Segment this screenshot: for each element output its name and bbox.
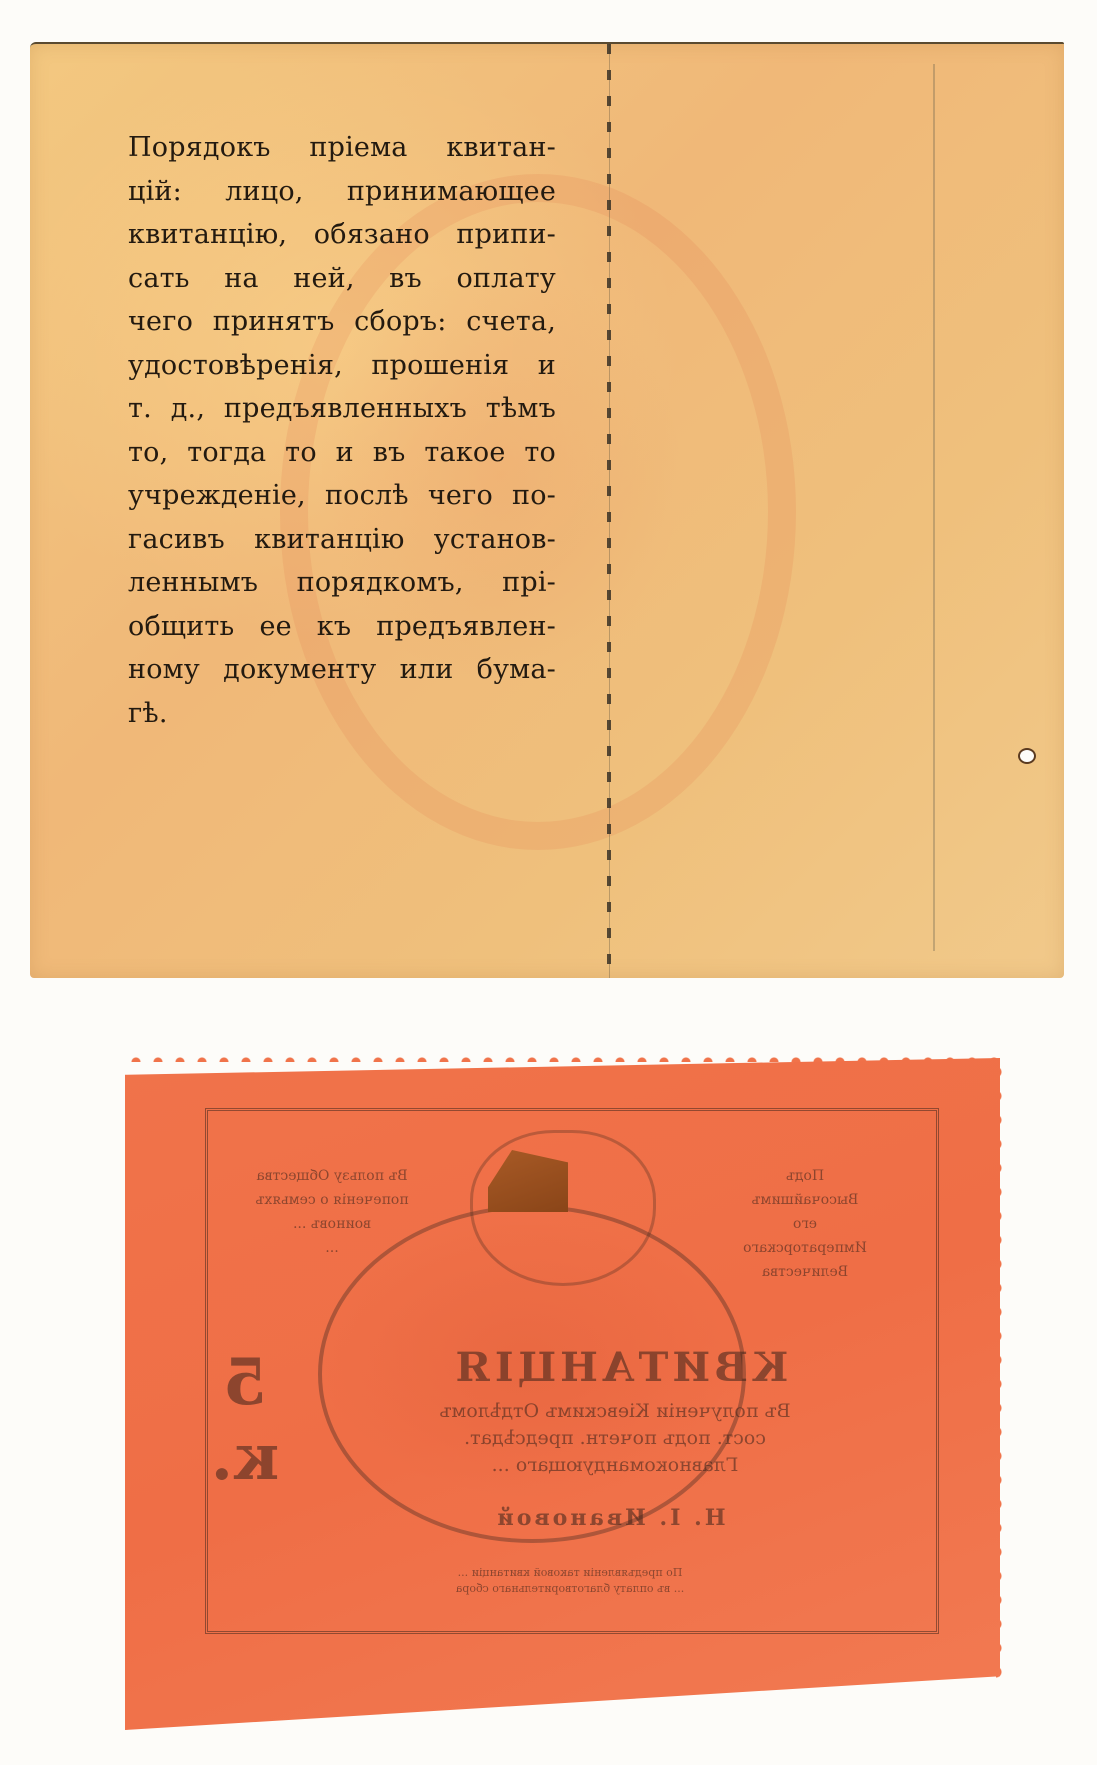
text-line: Въ полученiи Кiевскимъ Отдѣломъ bbox=[310, 1398, 920, 1425]
text-line: гасивъ квитанцiю установ- bbox=[128, 518, 556, 562]
mirrored-right-block: Подъ Высочайшимъ его Императорскаго Вели… bbox=[705, 1164, 905, 1284]
text-line: сать на ней, въ оплату bbox=[128, 257, 556, 301]
mirrored-footer-text: По предъявленiи таковой квитанцiи ... ..… bbox=[220, 1565, 920, 1597]
text-line: Императорскаго bbox=[705, 1236, 905, 1260]
text-line: леннымъ порядкомъ, прi- bbox=[128, 561, 556, 605]
text-line: чего принятъ сборъ: счета, bbox=[128, 300, 556, 344]
text-line: воиновъ ... bbox=[222, 1212, 442, 1236]
text-line: общить ее къ предъявлен- bbox=[128, 605, 556, 649]
text-line: По предъявленiи таковой квитанцiи ... bbox=[220, 1565, 920, 1581]
text-line: Въ пользу Общества bbox=[222, 1164, 442, 1188]
text-line: сост. подъ почетн. предсѣдат. bbox=[310, 1425, 920, 1452]
denomination: 5 к. bbox=[190, 1345, 300, 1495]
text-line: Главнокомандующаго ... bbox=[310, 1452, 920, 1479]
perforated-edge-top bbox=[125, 1050, 1000, 1062]
mirrored-left-block: Въ пользу Общества попеченiя о семьяхъ в… bbox=[222, 1164, 442, 1260]
frame-rule bbox=[933, 64, 935, 951]
text-line: ... въ оплату благотворительнаго сбора bbox=[220, 1581, 920, 1597]
mirrored-body-text: Въ полученiи Кiевскимъ Отдѣломъ сост. по… bbox=[310, 1398, 920, 1479]
recipient-name: Н. I. Ивановой bbox=[420, 1505, 800, 1531]
text-line: учрежденiе, послѣ чего по- bbox=[128, 474, 556, 518]
text-line: Величества bbox=[705, 1260, 905, 1284]
text-line: удостовѣренiя, прошенiя и bbox=[128, 344, 556, 388]
perforation-line bbox=[607, 44, 611, 978]
receipt-title: КВИТАНЦIЯ bbox=[340, 1344, 900, 1391]
text-line: Порядокъ прiема квитан- bbox=[128, 126, 556, 170]
punch-hole bbox=[1020, 750, 1034, 762]
text-line: квитанцiю, обязано припи- bbox=[128, 213, 556, 257]
text-line: Высочайшимъ bbox=[705, 1188, 905, 1212]
text-line: цiй: лицо, принимающее bbox=[128, 170, 556, 214]
text-line: попеченiя о семьяхъ bbox=[222, 1188, 442, 1212]
text-line: Подъ bbox=[705, 1164, 905, 1188]
text-line: ному документу или бума- bbox=[128, 648, 556, 692]
text-line: гѣ. bbox=[128, 692, 556, 736]
text-line: т. д., предъявленныхъ тѣмъ bbox=[128, 387, 556, 431]
text-line: то, тогда то и въ такое то bbox=[128, 431, 556, 475]
text-line: его bbox=[705, 1212, 905, 1236]
text-line: ... bbox=[222, 1236, 442, 1260]
receipt-rules-text: Порядокъ прiема квитан- цiй: лицо, прини… bbox=[128, 126, 556, 735]
